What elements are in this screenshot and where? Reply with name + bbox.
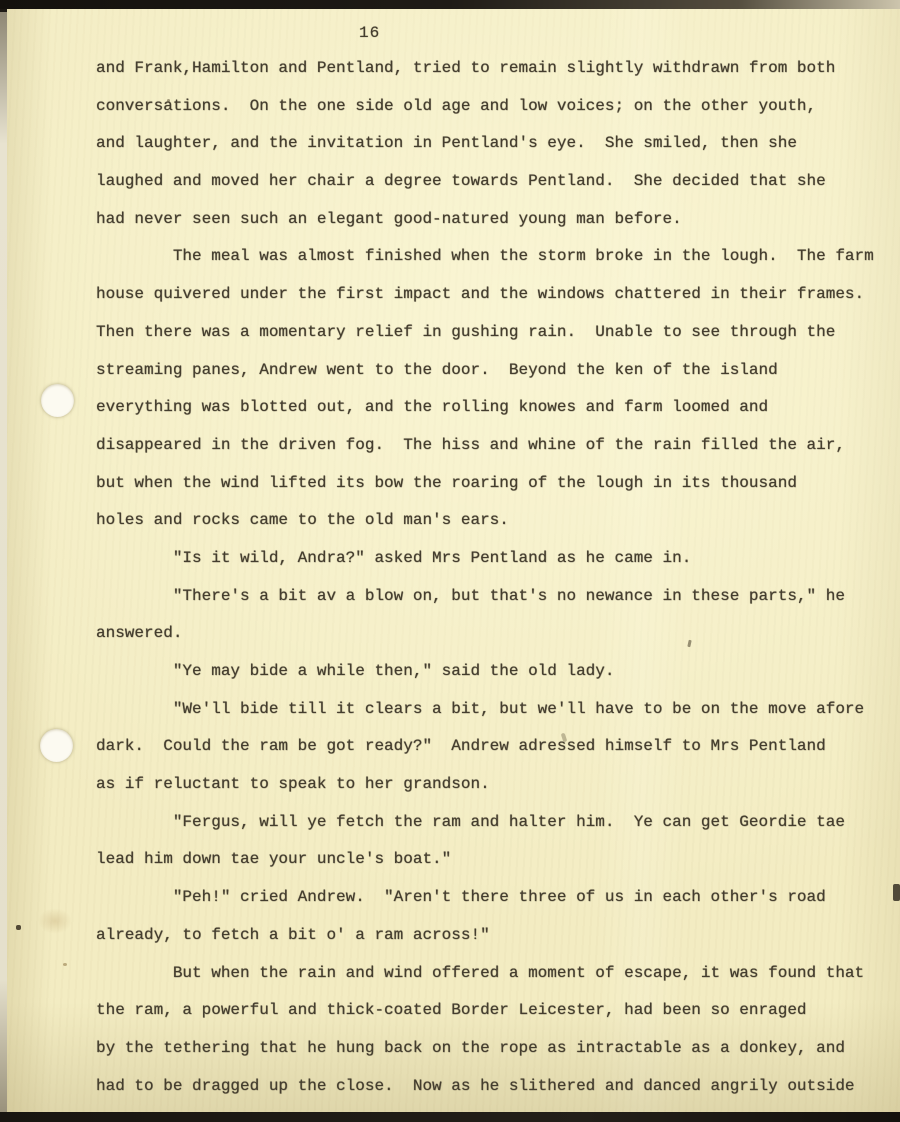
- paper-speck: [63, 963, 67, 966]
- typescript-line: streaming panes, Andrew went to the door…: [96, 352, 876, 390]
- typescript-line: "Fergus, will ye fetch the ram and halte…: [96, 804, 876, 842]
- typescript-line: disappeared in the driven fog. The hiss …: [96, 427, 876, 465]
- scanned-typescript-page: 16 and Frank,Hamilton and Pentland, trie…: [0, 0, 900, 1122]
- scan-edge-top: [0, 0, 900, 9]
- typescript-line: conversations. On the one side old age a…: [96, 88, 876, 126]
- scan-edge-left: [0, 12, 7, 1112]
- typescript-line: The meal was almost finished when the st…: [96, 238, 876, 276]
- typescript-line: laughed and moved her chair a degree tow…: [96, 163, 876, 201]
- typescript-line: everything was blotted out, and the roll…: [96, 389, 876, 427]
- paper-smudge: [38, 908, 72, 934]
- typescript-line: "Ye may bide a while then," said the old…: [96, 653, 876, 691]
- typescript-line: and Frank,Hamilton and Pentland, tried t…: [96, 50, 876, 88]
- typescript-line: "There's a bit av a blow on, but that's …: [96, 578, 876, 616]
- typescript-line: dark. Could the ram be got ready?" Andre…: [96, 728, 876, 766]
- typescript-line: lead him down tae your uncle's boat.": [96, 841, 876, 879]
- typescript-line: had to be dragged up the close. Now as h…: [96, 1068, 876, 1106]
- text-block: and Frank,Hamilton and Pentland, tried t…: [96, 50, 876, 1105]
- typescript-line: by the tethering that he hung back on th…: [96, 1030, 876, 1068]
- scan-edge-bottom: [0, 1112, 900, 1122]
- ink-speck: [16, 925, 21, 930]
- punch-hole-bottom: [40, 729, 73, 762]
- typescript-line: already, to fetch a bit o' a ram across!…: [96, 917, 876, 955]
- paper-speck: [167, 99, 170, 102]
- typescript-line: Then there was a momentary relief in gus…: [96, 314, 876, 352]
- typescript-line: but when the wind lifted its bow the roa…: [96, 465, 876, 503]
- typescript-line: had never seen such an elegant good-natu…: [96, 201, 876, 239]
- typescript-line: "Is it wild, Andra?" asked Mrs Pentland …: [96, 540, 876, 578]
- typescript-line: and laughter, and the invitation in Pent…: [96, 125, 876, 163]
- punch-hole-top: [41, 384, 74, 417]
- page-number: 16: [359, 24, 380, 42]
- typescript-line: "We'll bide till it clears a bit, but we…: [96, 691, 876, 729]
- typescript-line: house quivered under the first impact an…: [96, 276, 876, 314]
- typescript-line: "Peh!" cried Andrew. "Aren't there three…: [96, 879, 876, 917]
- edge-mark: [893, 884, 900, 901]
- typescript-line: holes and rocks came to the old man's ea…: [96, 502, 876, 540]
- typescript-line: the ram, a powerful and thick-coated Bor…: [96, 992, 876, 1030]
- typescript-line: answered.: [96, 615, 876, 653]
- typescript-line: as if reluctant to speak to her grandson…: [96, 766, 876, 804]
- typescript-line: But when the rain and wind offered a mom…: [96, 955, 876, 993]
